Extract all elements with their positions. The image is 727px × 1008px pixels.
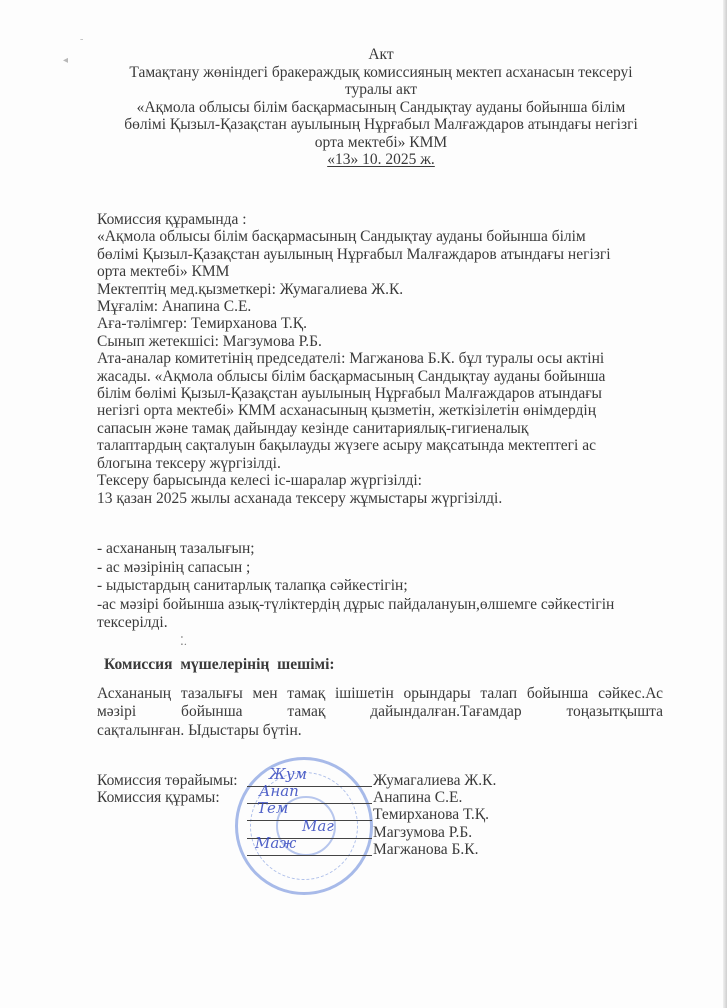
body-line: Мұғалім: Анапина С.Е. <box>97 298 667 315</box>
document-subtitle: туралы акт <box>90 81 672 99</box>
signature-line <box>247 855 372 856</box>
handwritten-signature: Анап <box>259 783 299 800</box>
document-page: - ◂ Акт Тамақтану жөніндегі бракераждық … <box>0 0 727 1008</box>
body-line: Мектептің мед.қызметкері: Жумагалиева Ж.… <box>97 281 667 298</box>
signatory-name: Магзумова Р.Б. <box>373 824 472 841</box>
signature-label: Комиссия құрамы: <box>97 789 220 806</box>
body-line: Сынып жетекшісі: Магзумова Р.Б. <box>97 333 667 350</box>
checklist-item: - ыдыстардың санитарлық талапқа сәйкесті… <box>97 577 614 596</box>
body-line: жасады. «Ақмола облысы білім басқармасын… <box>97 368 667 385</box>
signatory-name: Жумагалиева Ж.К. <box>373 772 496 789</box>
signatory-name: Магжанова Б.К. <box>373 841 479 858</box>
document-body: Комиссия құрамында : «Ақмола облысы білі… <box>97 211 667 507</box>
checklist-item: - асхананың тазалығын; <box>97 540 614 559</box>
checklist-item: -ас мәзірі бойынша азық-түліктердің дұры… <box>97 596 614 615</box>
decision-line: Асхананың тазалығы мен тамақ ішішетін ор… <box>97 685 663 703</box>
decision-text: Асхананың тазалығы мен тамақ ішішетін ор… <box>97 685 663 740</box>
body-line: Комиссия құрамында : <box>97 211 667 228</box>
decision-heading: Комиссия мүшелерінің шешімі: <box>104 656 335 674</box>
decision-line: сақталынған. Ыдыстары бүтін. <box>97 722 663 740</box>
body-line: сапасын және тамақ дайындау кезінде сани… <box>97 420 667 437</box>
signatory-name: Темирханова Т.Қ. <box>373 806 489 823</box>
signature-label: Комиссия төрайымы: <box>97 772 238 789</box>
checklist-item: тексерілді. <box>97 614 614 633</box>
body-line: негізгі орта мектебі» КММ асханасының қы… <box>97 402 667 419</box>
body-line: блогына тексеру жүргізілді. <box>97 455 667 472</box>
organization-name: орта мектебі» КММ <box>90 134 672 152</box>
body-line: «Ақмола облысы білім басқармасының Санды… <box>97 228 667 245</box>
body-line: талаптардың сақталуын бақылауды жүзеге а… <box>97 437 667 454</box>
handwritten-signature: Тем <box>257 800 288 817</box>
document-date: «13» 10. 2025 ж. <box>327 151 435 168</box>
scan-speck: - <box>80 34 83 45</box>
handwritten-signature: Маж <box>255 835 296 852</box>
body-line: 13 қазан 2025 жылы асханада тексеру жұмы… <box>97 490 667 507</box>
organization-name: бөлімі Қызыл-Қазақстан ауылының Нұрғабыл… <box>90 116 672 134</box>
decision-line: мәзірі бойынша тамақ дайындалған.Тағамда… <box>97 703 663 721</box>
body-line: бөлімі Қызыл-Қазақстан ауылының Нұрғабыл… <box>97 246 667 263</box>
body-line: білім бөлімі Қызыл-Қазақстан ауылының Нұ… <box>97 385 667 402</box>
scan-speck: ◂ <box>63 55 68 66</box>
handwritten-signature: Жум <box>269 766 307 783</box>
handwritten-signature: Маг <box>302 818 334 835</box>
checklist-item: - ас мәзірінің сапасын ; <box>97 559 614 578</box>
document-subtitle: Тамақтану жөніндегі бракераждық комиссия… <box>90 64 672 82</box>
scan-edge <box>723 0 727 1008</box>
document-title: Акт <box>90 46 672 64</box>
body-line: Аға-тәлімгер: Темирханова Т.Қ. <box>97 315 667 332</box>
body-line: орта мектебі» КММ <box>97 263 667 280</box>
signatory-name: Анапина С.Е. <box>373 789 462 806</box>
document-header: Акт Тамақтану жөніндегі бракераждық коми… <box>90 46 672 169</box>
scan-speck: ⁚. <box>180 634 187 649</box>
organization-name: «Ақмола облысы білім басқармасының Санды… <box>90 99 672 117</box>
body-line: Ата-аналар комитетінің председателі: Маг… <box>97 350 667 367</box>
inspection-checklist: - асхананың тазалығын; - ас мәзірінің са… <box>97 540 614 633</box>
body-line: Тексеру барысында келесі іс-шаралар жүрг… <box>97 472 667 489</box>
